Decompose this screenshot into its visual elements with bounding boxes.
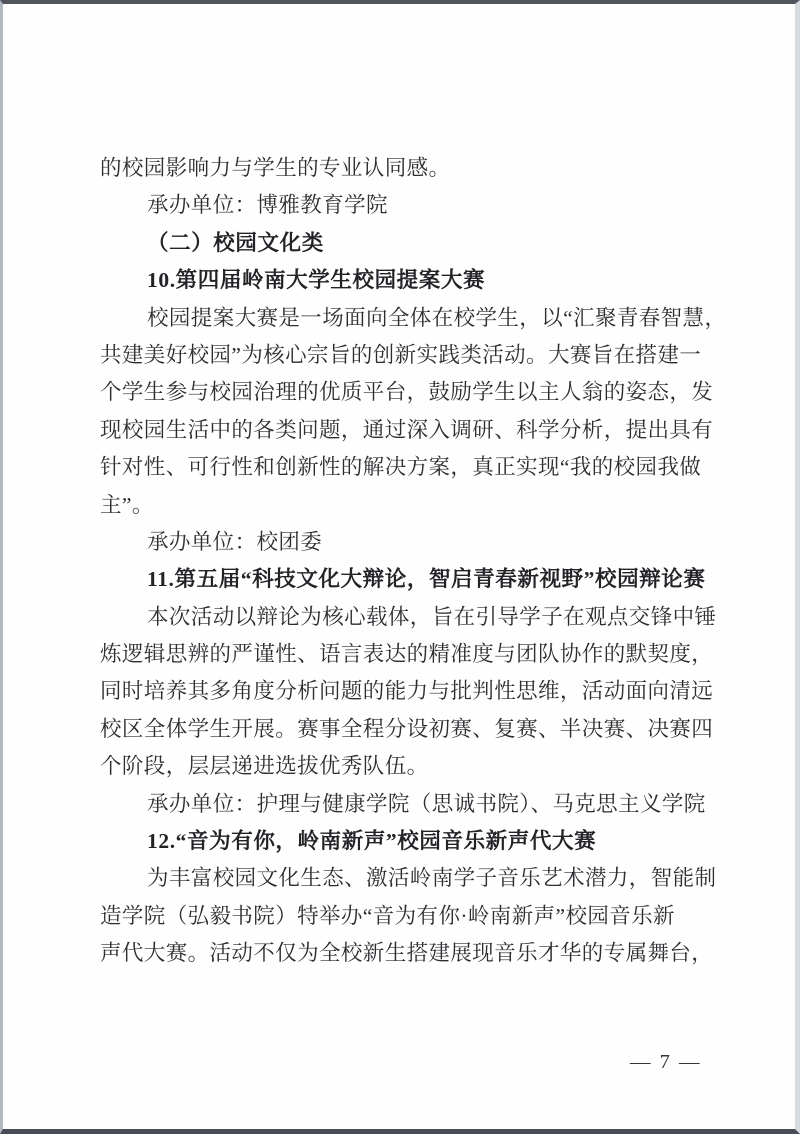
organizer-line: 承办单位：博雅教育学院 bbox=[100, 187, 716, 224]
paragraph-line: 现校园生活中的各类问题，通过深入调研、科学分析，提出具有 bbox=[100, 412, 716, 449]
organizer-line: 承办单位：校团委 bbox=[100, 524, 716, 561]
event-heading-12: 12.“音为有你，岭南新声”校园音乐新声代大赛 bbox=[100, 823, 716, 860]
paragraph-line: 校区全体学生开展。赛事全程分设初赛、复赛、半决赛、决赛四 bbox=[100, 711, 716, 748]
paragraph-line: 共建美好校园”为核心宗旨的创新实践类活动。大赛旨在搭建一 bbox=[100, 337, 716, 374]
paragraph-line: 个阶段，层层递进选拔优秀队伍。 bbox=[100, 748, 716, 785]
category-heading: （二）校园文化类 bbox=[100, 225, 716, 262]
paragraph-line: 本次活动以辩论为核心载体，旨在引导学子在观点交锋中锤 bbox=[100, 599, 716, 636]
scanned-document-page: 的校园影响力与学生的专业认同感。 承办单位：博雅教育学院 （二）校园文化类 10… bbox=[0, 0, 800, 1134]
paragraph-line: 校园提案大赛是一场面向全体在校学生，以“汇聚青春智慧， bbox=[100, 300, 716, 337]
paragraph-line: 声代大赛。活动不仅为全校新生搭建展现音乐才华的专属舞台， bbox=[100, 935, 716, 972]
event-heading-10: 10.第四届岭南大学生校园提案大赛 bbox=[100, 262, 716, 299]
event-heading-11: 11.第五届“科技文化大辩论，智启青春新视野”校园辩论赛 bbox=[100, 561, 716, 598]
paragraph-line: 的校园影响力与学生的专业认同感。 bbox=[100, 150, 716, 187]
paragraph-line: 同时培养其多角度分析问题的能力与批判性思维，活动面向清远 bbox=[100, 673, 716, 710]
paragraph-line: 主”。 bbox=[100, 487, 716, 524]
paragraph-line: 为丰富校园文化生态、激活岭南学子音乐艺术潜力，智能制 bbox=[100, 860, 716, 897]
organizer-line: 承办单位：护理与健康学院（思诚书院）、马克思主义学院 bbox=[100, 786, 716, 823]
paragraph-line: 针对性、可行性和创新性的解决方案，真正实现“我的校园我做 bbox=[100, 449, 716, 486]
page-number: — 7 — bbox=[630, 1046, 702, 1078]
paragraph-line: 个学生参与校园治理的优质平台，鼓励学生以主人翁的姿态，发 bbox=[100, 374, 716, 411]
paragraph-line: 造学院（弘毅书院）特举办“音为有你·岭南新声”校园音乐新 bbox=[100, 898, 716, 935]
document-body: 的校园影响力与学生的专业认同感。 承办单位：博雅教育学院 （二）校园文化类 10… bbox=[100, 150, 716, 973]
paragraph-line: 炼逻辑思辨的严谨性、语言表达的精准度与团队协作的默契度， bbox=[100, 636, 716, 673]
